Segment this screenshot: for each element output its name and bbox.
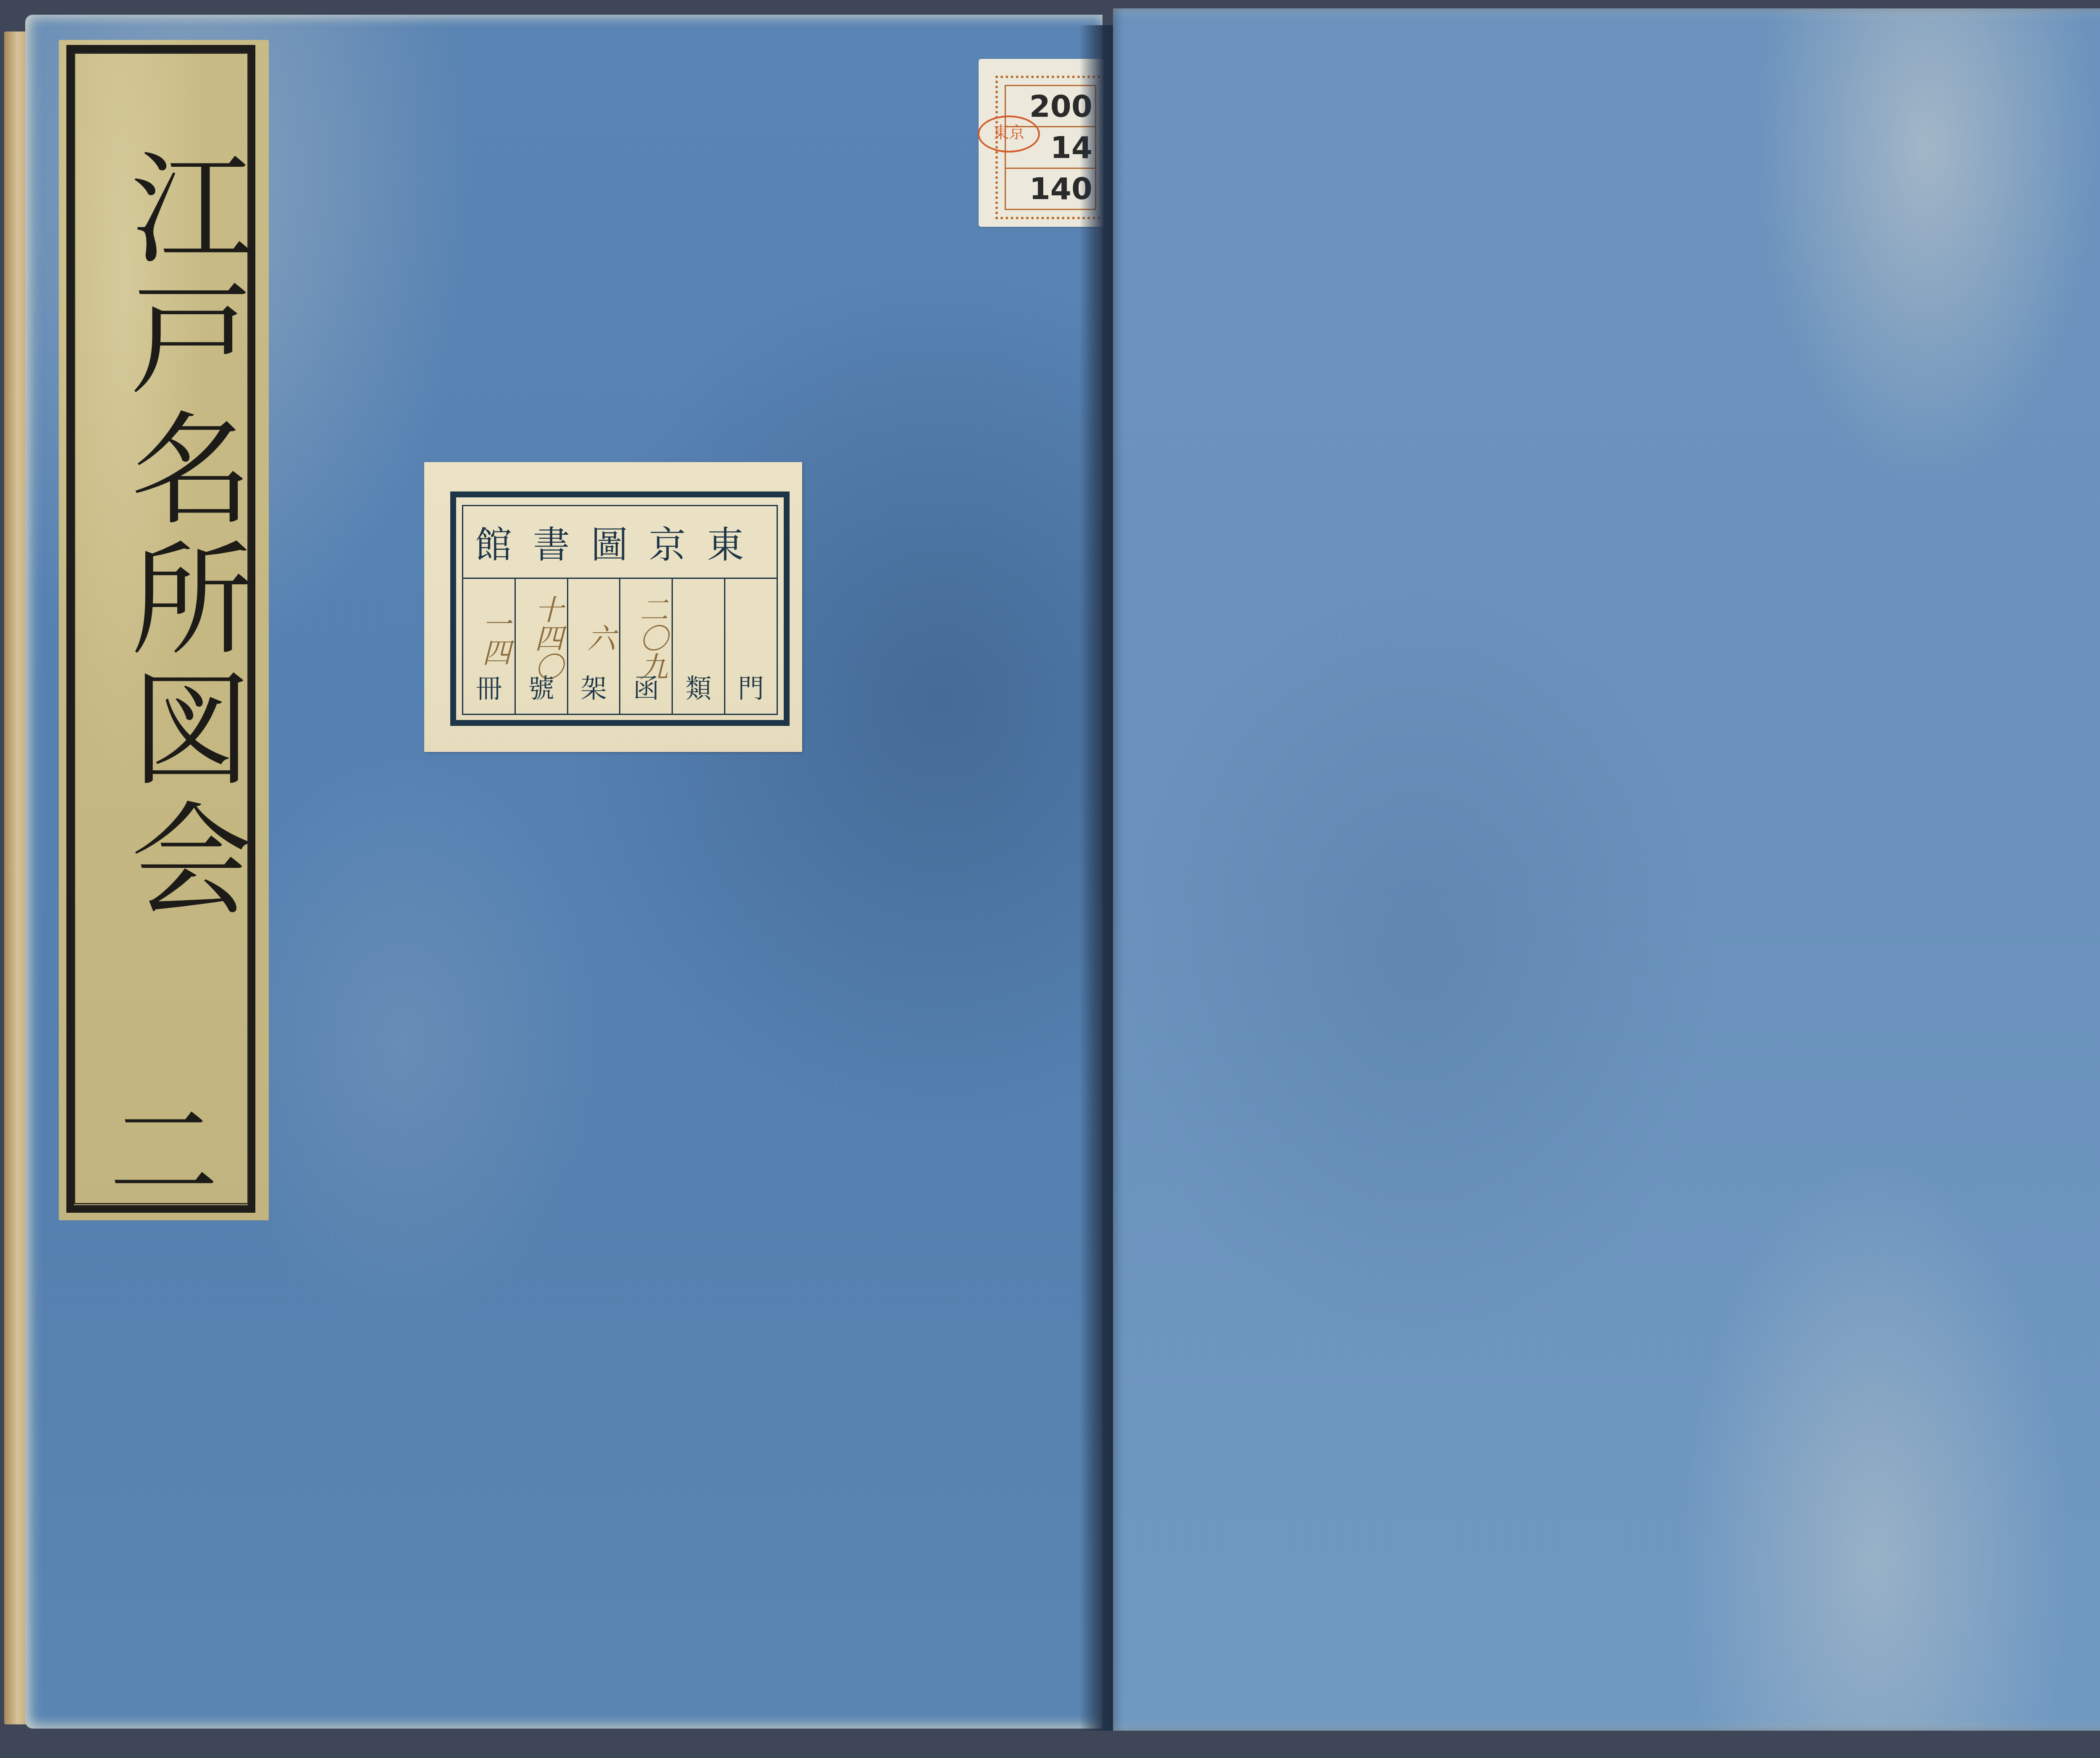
label-column-volumes: 一四 冊 xyxy=(463,579,516,714)
column-label: 號 xyxy=(516,668,567,705)
column-label: 門 xyxy=(725,668,777,705)
red-seal-stamp: 東京 xyxy=(978,116,1040,152)
column-label: 冊 xyxy=(463,668,514,705)
column-label: 架 xyxy=(568,668,619,705)
library-label: 東京圖書館 一四 冊 十四〇 號 六 架 二〇九 函 xyxy=(424,462,802,752)
library-label-frame: 東京圖書館 一四 冊 十四〇 號 六 架 二〇九 函 xyxy=(450,491,790,726)
column-label: 函 xyxy=(620,668,672,705)
back-cover xyxy=(1113,8,2100,1731)
volume-number: 二 xyxy=(59,1098,269,1208)
label-column-division: 門 xyxy=(725,579,777,714)
label-column-class: 類 xyxy=(673,579,725,714)
label-column-case: 二〇九 函 xyxy=(620,579,673,714)
label-column-number: 十四〇 號 xyxy=(516,579,568,714)
label-column-shelf: 六 架 xyxy=(568,579,621,714)
library-label-inner: 東京圖書館 一四 冊 十四〇 號 六 架 二〇九 函 xyxy=(462,505,778,715)
library-label-columns: 一四 冊 十四〇 號 六 架 二〇九 函 類 xyxy=(463,579,777,714)
library-name: 東京圖書館 xyxy=(463,506,777,579)
book-title: 江戸名所図会 xyxy=(59,137,269,935)
title-slip: 江戸名所図会 二 xyxy=(59,40,269,1220)
column-label: 類 xyxy=(673,668,724,705)
